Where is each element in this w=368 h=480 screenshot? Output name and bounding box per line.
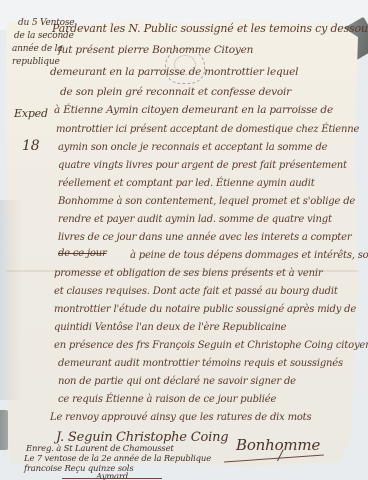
body-line-struck: de ce jour — [58, 248, 107, 259]
body-line: rendre et payer audit aymin lad. somme d… — [58, 214, 332, 225]
body-line: de son plein gré reconnait et confesse d… — [60, 86, 291, 98]
signature-witness-1: J. Seguin — [56, 430, 113, 445]
body-line: promesse et obligation de ses biens prés… — [54, 268, 322, 279]
body-line: ce requis Étienne à raison de ce jour pu… — [58, 394, 276, 405]
signature-witness-2: Christophe Coing — [116, 430, 228, 445]
margin-exped-note: Exped — [14, 107, 48, 120]
body-line: à Étienne Aymin citoyen demeurant en la … — [54, 104, 333, 116]
body-line: montrottier l'étude du notaire public so… — [54, 304, 356, 315]
page-mark: / — [278, 448, 283, 464]
body-line: fut présent pierre Bonhomme Citoyen — [58, 44, 253, 56]
body-line: en présence des frs François Seguin et C… — [54, 340, 368, 351]
paper-shadow — [0, 200, 22, 400]
body-line: aymin son oncle je reconnais et acceptan… — [58, 142, 327, 153]
body-line: quatre vingts livres pour argent de pres… — [58, 160, 347, 171]
body-line: Bonhomme à son contentement, lequel prom… — [58, 196, 355, 207]
body-line: montrottier ici présent acceptant de dom… — [56, 124, 359, 135]
body-line: Le renvoy approuvé ainsy que les ratures… — [50, 412, 311, 423]
margin-folio-note: 18 — [22, 138, 39, 154]
body-line: à peine de tous dépens dommages et intér… — [130, 250, 368, 261]
body-line: et clauses requises. Dont acte fait et p… — [54, 286, 338, 297]
margin-date-line-3: année de la — [12, 44, 62, 54]
registration-line-1: Enreg. à St Laurent de Chamousset — [26, 444, 174, 454]
body-line: Pardevant les N. Public soussigné et les… — [52, 22, 368, 35]
body-line: non de partie qui ont déclaré ne savoir … — [58, 376, 296, 387]
body-line: livres de ce jour dans une année avec le… — [58, 232, 351, 243]
registration-line-2: Le 7 ventose de la 2e année de la Republ… — [24, 454, 211, 464]
registration-underline — [62, 478, 162, 479]
paperweight-bottom-left — [0, 410, 8, 450]
body-line: réellement et comptant par led. Étienne … — [58, 178, 315, 189]
body-line: demeurant en la parroisse de montrottier… — [50, 66, 298, 78]
body-line: quintidi Ventôse l'an deux de l'ère Repu… — [54, 322, 286, 333]
body-line: demeurant audit montrottier témoins requ… — [58, 358, 343, 369]
